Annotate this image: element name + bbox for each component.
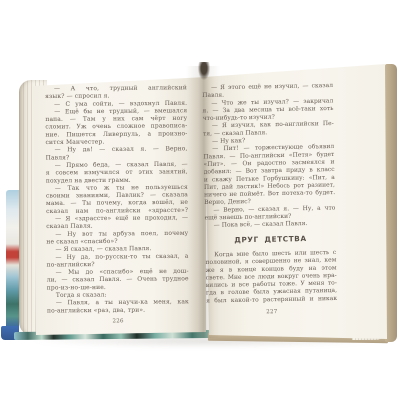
left-page-lines: — А что, трудный английскийязык? — спрос… [45, 84, 189, 315]
text-line: — А что, трудный английский [45, 84, 187, 93]
text-line: — Пока всё, — сказал Павля. [205, 219, 336, 229]
back-cover-edge-right [385, 64, 397, 342]
text-line: ли, — сказал Павля. — Очень трудное [47, 275, 189, 284]
story-heading: ДРУГ ДЕТСТВА [205, 234, 336, 244]
text-line: — Ну да, по-русски-то ты сказал, а [46, 252, 188, 261]
text-line: — Я «здрассте» ещё не проходил, — [46, 214, 188, 223]
page-number-left: 226 [47, 316, 189, 325]
right-page-story-start-lines: Когда мне было шесть или шесть споловино… [205, 248, 337, 304]
right-page-story-end-lines: — Я этого ещё не изучил, — сказалПавля.—… [202, 81, 336, 229]
text-line: ние. Пишется Ливерпуль, а произно- [45, 130, 187, 139]
right-page-text: — Я этого ещё не изучил, — сказалПавля.—… [202, 81, 337, 316]
text-line: — Ну да! — сказал я. — Верно, [46, 145, 188, 154]
text-line: по-английски «раз, два, три». [47, 306, 189, 315]
text-line: я был какой-то растерянный и никак [206, 294, 337, 304]
left-page-text: — А что, трудный английскийязык? — спрос… [45, 84, 189, 325]
front-cover-edge-left [6, 190, 19, 340]
open-book-photo: — А что, трудный английскийязык? — спрос… [0, 0, 400, 400]
